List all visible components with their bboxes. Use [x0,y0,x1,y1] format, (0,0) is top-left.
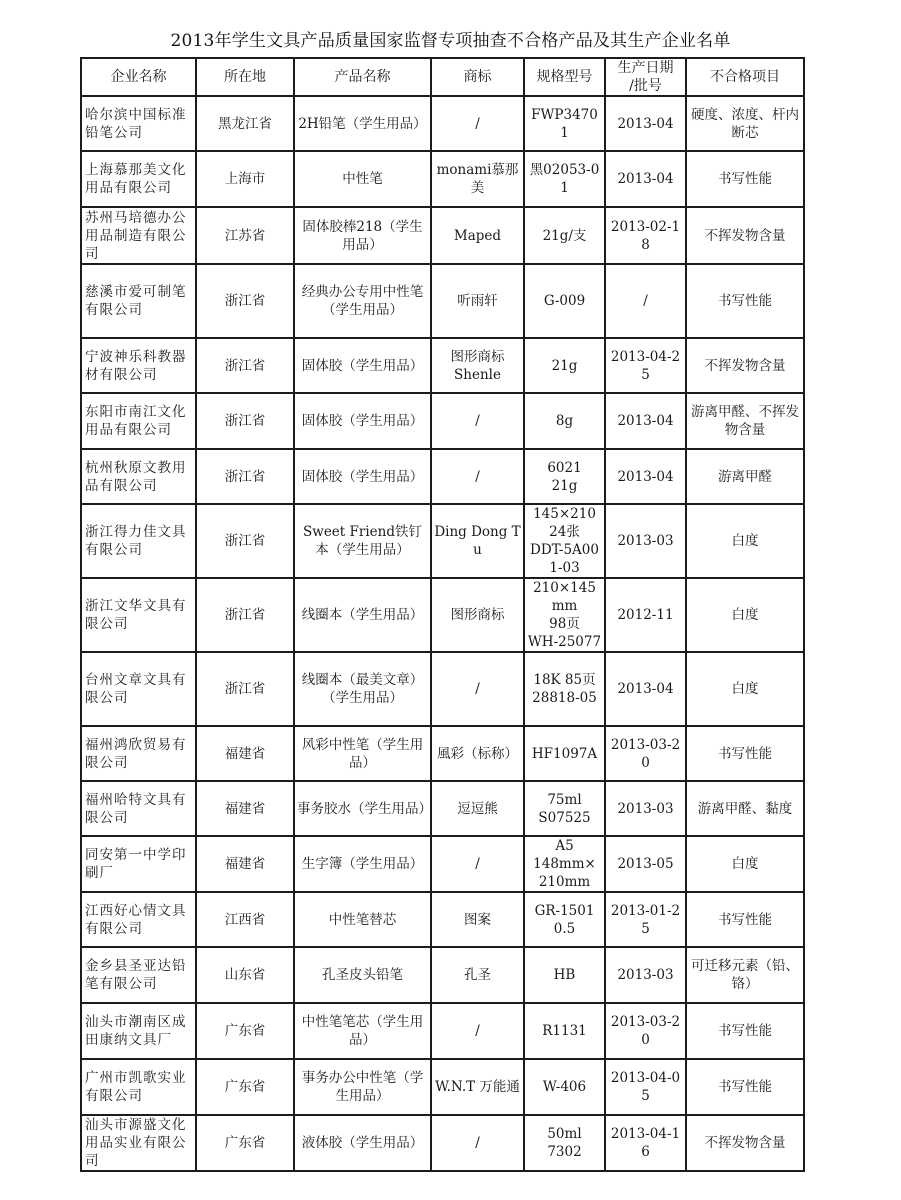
header-location: 所在地 [196,58,294,96]
location-cell: 广东省 [196,1059,294,1115]
company-cell: 汕头市潮南区成田康纳文具厂 [81,1003,196,1059]
table-row: 东阳市南江文化用品有限公司浙江省固体胶（学生用品）/8g2013-04游离甲醛、… [81,393,804,449]
brand-cell: 图形商标 [431,578,524,652]
location-cell: 福建省 [196,836,294,892]
location-cell: 广东省 [196,1003,294,1059]
failed-items-cell: 可迁移元素（铅、铬） [686,947,804,1003]
header-brand: 商标 [431,58,524,96]
brand-cell: 風彩（标称） [431,726,524,781]
failed-items-cell: 白度 [686,836,804,892]
spec-cell: 黑02053-01 [524,151,605,207]
date-cell: 2013-04-16 [605,1115,686,1171]
unqualified-products-table: 企业名称 所在地 产品名称 商标 规格型号 生产日期 /批号 不合格项目 哈尔滨… [80,57,805,1060]
product-cell: 事务办公中性笔（学生用品） [294,1059,431,1115]
date-cell: 2013-05 [605,836,686,892]
table-row: 福州鸿欣贸易有限公司福建省风彩中性笔（学生用品）風彩（标称）HF1097A201… [81,726,804,781]
location-cell: 浙江省 [196,449,294,504]
company-cell: 江西好心情文具有限公司 [81,892,196,947]
company-cell: 同安第一中学印刷厂 [81,836,196,892]
company-cell: 广州市凯歌实业有限公司 [81,1059,196,1115]
product-cell: 风彩中性笔（学生用品） [294,726,431,781]
failed-items-cell: 白度 [686,578,804,652]
date-cell: 2013-04-25 [605,338,686,393]
spec-cell: 210×145mm 98页 WH-25077 [524,578,605,652]
location-cell: 上海市 [196,151,294,207]
brand-cell: / [431,393,524,449]
company-cell: 浙江得力佳文具有限公司 [81,504,196,578]
product-cell: 固体胶棒218（学生用品） [294,207,431,264]
location-cell: 广东省 [196,1115,294,1171]
product-cell: 2H铅笔（学生用品） [294,96,431,151]
document-title: 2013年学生文具产品质量国家监督专项抽查不合格产品及其生产企业名单 [0,30,901,52]
product-cell: 中性笔笔芯（学生用品） [294,1003,431,1059]
brand-cell: 图案 [431,892,524,947]
spec-cell: 21g [524,338,605,393]
location-cell: 浙江省 [196,652,294,726]
spec-cell: 18K 85页 28818-05 [524,652,605,726]
table-row: 杭州秋原文教用品有限公司浙江省固体胶（学生用品）/6021 21g2013-04… [81,449,804,504]
date-cell: 2013-04 [605,449,686,504]
failed-items-cell: 书写性能 [686,1003,804,1059]
spec-cell: W-406 [524,1059,605,1115]
brand-cell: 图形商标 Shenle [431,338,524,393]
company-cell: 浙江文华文具有限公司 [81,578,196,652]
failed-items-cell: 硬度、浓度、杆内断芯 [686,96,804,151]
brand-cell: Ding Dong Tu [431,504,524,578]
table-row: 汕头市源盛文化用品实业有限公司广东省液体胶（学生用品）/50ml 7302201… [81,1115,804,1171]
product-cell: 孔圣皮头铅笔 [294,947,431,1003]
location-cell: 福建省 [196,726,294,781]
table-row: 金乡县圣亚达铅笔有限公司山东省孔圣皮头铅笔孔圣HB2013-03可迁移元素（铅、… [81,947,804,1003]
table-row: 上海慕那美文化用品有限公司上海市中性笔monami慕那美黑02053-01201… [81,151,804,207]
product-cell: 事务胶水（学生用品） [294,781,431,836]
table-row: 浙江文华文具有限公司浙江省线圈本（学生用品）图形商标210×145mm 98页 … [81,578,804,652]
date-cell: 2013-03-20 [605,1003,686,1059]
spec-cell: 145×210 24张 DDT-5A001-03 [524,504,605,578]
brand-cell: 逗逗熊 [431,781,524,836]
header-product: 产品名称 [294,58,431,96]
brand-cell: / [431,652,524,726]
table-row: 汕头市潮南区成田康纳文具厂广东省中性笔笔芯（学生用品）/R11312013-03… [81,1003,804,1059]
company-cell: 宁波神乐科教器材有限公司 [81,338,196,393]
brand-cell: monami慕那美 [431,151,524,207]
location-cell: 山东省 [196,947,294,1003]
company-cell: 福州鸿欣贸易有限公司 [81,726,196,781]
brand-cell: W.N.T 万能通 [431,1059,524,1115]
table-row: 江西好心情文具有限公司江西省中性笔替芯图案GR-1501 0.52013-01-… [81,892,804,947]
date-cell: 2013-04 [605,151,686,207]
failed-items-cell: 不挥发物含量 [686,207,804,264]
failed-items-cell: 书写性能 [686,264,804,338]
product-cell: 经典办公专用中性笔（学生用品） [294,264,431,338]
company-cell: 上海慕那美文化用品有限公司 [81,151,196,207]
product-cell: 中性笔替芯 [294,892,431,947]
location-cell: 浙江省 [196,578,294,652]
product-cell: 液体胶（学生用品） [294,1115,431,1171]
table-row: 哈尔滨中国标准铅笔公司黑龙江省2H铅笔（学生用品）/FWP347012013-0… [81,96,804,151]
date-cell: 2013-01-25 [605,892,686,947]
spec-cell: 6021 21g [524,449,605,504]
brand-cell: Maped [431,207,524,264]
company-cell: 福州哈特文具有限公司 [81,781,196,836]
table-row: 台州文章文具有限公司浙江省线圈本（最美文章）（学生用品）/18K 85页 288… [81,652,804,726]
date-cell: 2013-04 [605,652,686,726]
header-spec: 规格型号 [524,58,605,96]
table-row: 福州哈特文具有限公司福建省事务胶水（学生用品）逗逗熊75ml S07525201… [81,781,804,836]
company-cell: 台州文章文具有限公司 [81,652,196,726]
brand-cell: / [431,1003,524,1059]
failed-items-cell: 不挥发物含量 [686,1115,804,1171]
company-cell: 东阳市南江文化用品有限公司 [81,393,196,449]
failed-items-cell: 白度 [686,504,804,578]
header-company: 企业名称 [81,58,196,96]
company-cell: 汕头市源盛文化用品实业有限公司 [81,1115,196,1171]
location-cell: 浙江省 [196,504,294,578]
spec-cell: 21g/支 [524,207,605,264]
location-cell: 浙江省 [196,338,294,393]
spec-cell: HB [524,947,605,1003]
brand-cell: / [431,1115,524,1171]
brand-cell: 孔圣 [431,947,524,1003]
product-cell: 线圈本（最美文章）（学生用品） [294,652,431,726]
table-row: 广州市凯歌实业有限公司广东省事务办公中性笔（学生用品）W.N.T 万能通W-40… [81,1059,804,1115]
date-cell: / [605,264,686,338]
company-cell: 哈尔滨中国标准铅笔公司 [81,96,196,151]
table-row: 同安第一中学印刷厂福建省生字簿（学生用品）/A5 148mm× 210mm201… [81,836,804,892]
spec-cell: 75ml S07525 [524,781,605,836]
spec-cell: 50ml 7302 [524,1115,605,1171]
failed-items-cell: 游离甲醛、黏度 [686,781,804,836]
failed-items-cell: 白度 [686,652,804,726]
product-cell: 固体胶（学生用品） [294,338,431,393]
table-header-row: 企业名称 所在地 产品名称 商标 规格型号 生产日期 /批号 不合格项目 [81,58,804,96]
brand-cell: / [431,96,524,151]
location-cell: 浙江省 [196,393,294,449]
spec-cell: R1131 [524,1003,605,1059]
table-row: 慈溪市爱可制笔有限公司浙江省经典办公专用中性笔（学生用品）听雨轩G-009/书写… [81,264,804,338]
company-cell: 金乡县圣亚达铅笔有限公司 [81,947,196,1003]
spec-cell: A5 148mm× 210mm [524,836,605,892]
company-cell: 杭州秋原文教用品有限公司 [81,449,196,504]
product-cell: 中性笔 [294,151,431,207]
location-cell: 江苏省 [196,207,294,264]
failed-items-cell: 不挥发物含量 [686,338,804,393]
product-cell: 线圈本（学生用品） [294,578,431,652]
location-cell: 黑龙江省 [196,96,294,151]
product-cell: 固体胶（学生用品） [294,449,431,504]
failed-items-cell: 游离甲醛、不挥发物含量 [686,393,804,449]
date-cell: 2013-04-05 [605,1059,686,1115]
location-cell: 浙江省 [196,264,294,338]
spec-cell: HF1097A [524,726,605,781]
spec-cell: FWP34701 [524,96,605,151]
unqualified-products-table-continued: 广州市凯歌实业有限公司广东省事务办公中性笔（学生用品）W.N.T 万能通W-40… [80,1058,805,1172]
failed-items-cell: 书写性能 [686,726,804,781]
date-cell: 2013-03 [605,781,686,836]
date-cell: 2012-11 [605,578,686,652]
product-cell: 固体胶（学生用品） [294,393,431,449]
company-cell: 苏州马培德办公用品制造有限公司 [81,207,196,264]
failed-items-cell: 书写性能 [686,1059,804,1115]
date-cell: 2013-04 [605,96,686,151]
product-cell: 生字簿（学生用品） [294,836,431,892]
table-row: 苏州马培德办公用品制造有限公司江苏省固体胶棒218（学生用品）Maped21g/… [81,207,804,264]
failed-items-cell: 书写性能 [686,151,804,207]
spec-cell: G-009 [524,264,605,338]
company-cell: 慈溪市爱可制笔有限公司 [81,264,196,338]
brand-cell: / [431,449,524,504]
header-date: 生产日期 /批号 [605,58,686,96]
spec-cell: 8g [524,393,605,449]
date-cell: 2013-03 [605,504,686,578]
table-row: 宁波神乐科教器材有限公司浙江省固体胶（学生用品）图形商标 Shenle21g20… [81,338,804,393]
location-cell: 福建省 [196,781,294,836]
date-cell: 2013-04 [605,393,686,449]
product-cell: Sweet Friend铁钉本（学生用品） [294,504,431,578]
date-cell: 2013-03-20 [605,726,686,781]
date-cell: 2013-02-18 [605,207,686,264]
date-cell: 2013-03 [605,947,686,1003]
location-cell: 江西省 [196,892,294,947]
spec-cell: GR-1501 0.5 [524,892,605,947]
failed-items-cell: 书写性能 [686,892,804,947]
header-failed-items: 不合格项目 [686,58,804,96]
table-row: 浙江得力佳文具有限公司浙江省Sweet Friend铁钉本（学生用品）Ding … [81,504,804,578]
brand-cell: 听雨轩 [431,264,524,338]
brand-cell: / [431,836,524,892]
failed-items-cell: 游离甲醛 [686,449,804,504]
